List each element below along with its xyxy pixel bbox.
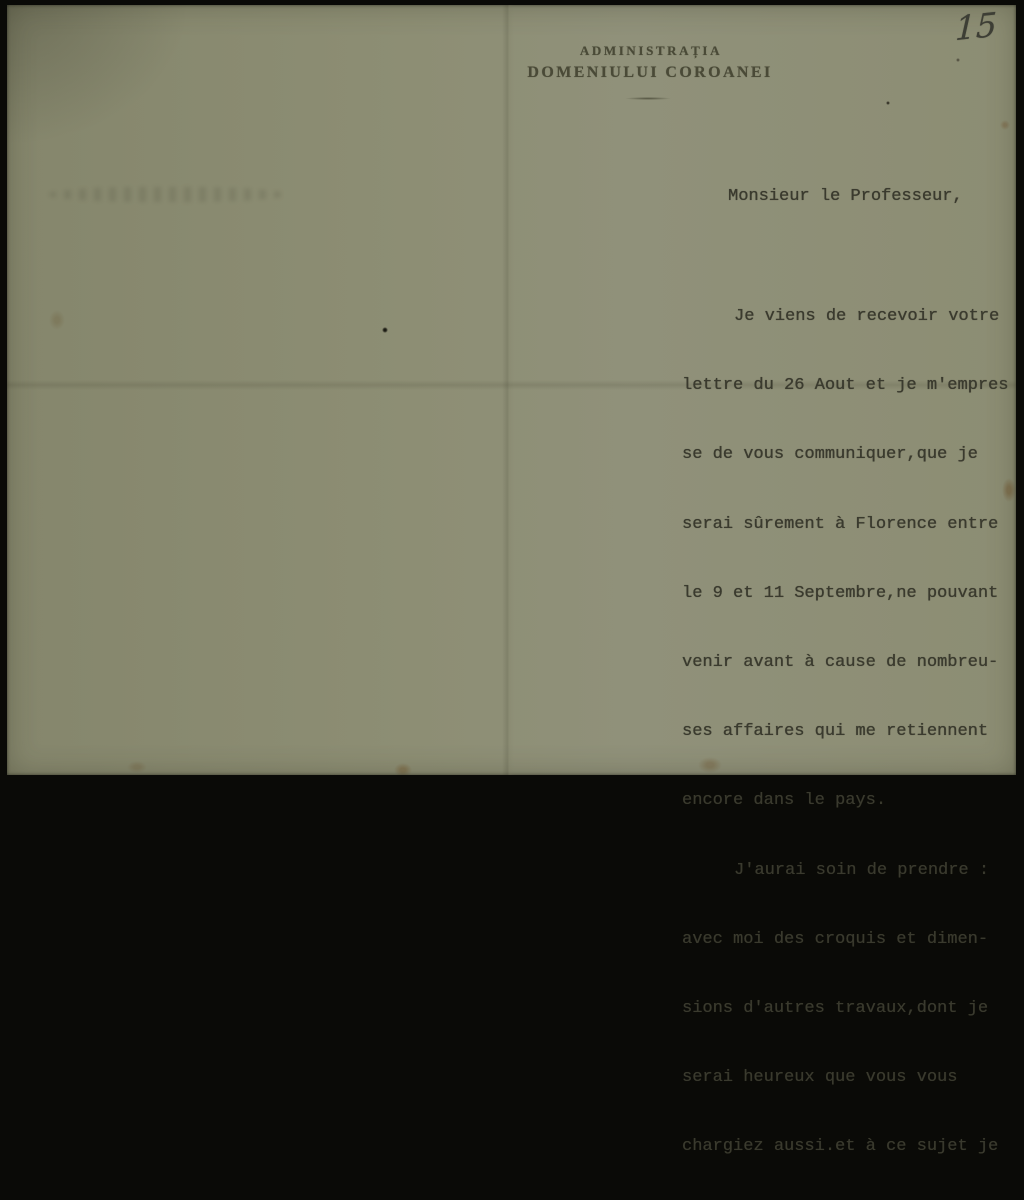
letterhead-ornament-rule bbox=[625, 97, 671, 100]
scanner-background: ADMINISTRAȚIA DOMENIULUI COROANEI 15 Mon… bbox=[0, 0, 1024, 785]
letterhead-line2: DOMENIULUI COROANEI bbox=[527, 64, 772, 82]
body-line: Je viens de recevoir votre bbox=[682, 301, 1024, 332]
body-line: venir avant à cause de nombreu- bbox=[682, 647, 1024, 678]
body-line: serai sûrement à Florence entre bbox=[682, 509, 1024, 540]
body-line: ses affaires qui me retiennent bbox=[682, 716, 1024, 747]
letter-body: Je viens de recevoir votre lettre du 26 … bbox=[682, 263, 1024, 785]
body-line: le 9 et 11 Septembre,ne pouvant bbox=[682, 578, 1024, 609]
vertical-fold-line bbox=[502, 5, 514, 775]
body-line: lettre du 26 Aout et je m'empres bbox=[682, 370, 1024, 401]
letter-paper-sheet: ADMINISTRAȚIA DOMENIULUI COROANEI 15 Mon… bbox=[7, 5, 1016, 775]
salutation-line: Monsieur le Professeur, bbox=[728, 187, 963, 206]
letterhead-line1: ADMINISTRAȚIA bbox=[580, 43, 722, 59]
ink-showthrough-smudge bbox=[49, 187, 284, 202]
body-line: se de vous communiquer,que je bbox=[682, 439, 1024, 470]
handwritten-page-number: 15 bbox=[954, 5, 997, 49]
